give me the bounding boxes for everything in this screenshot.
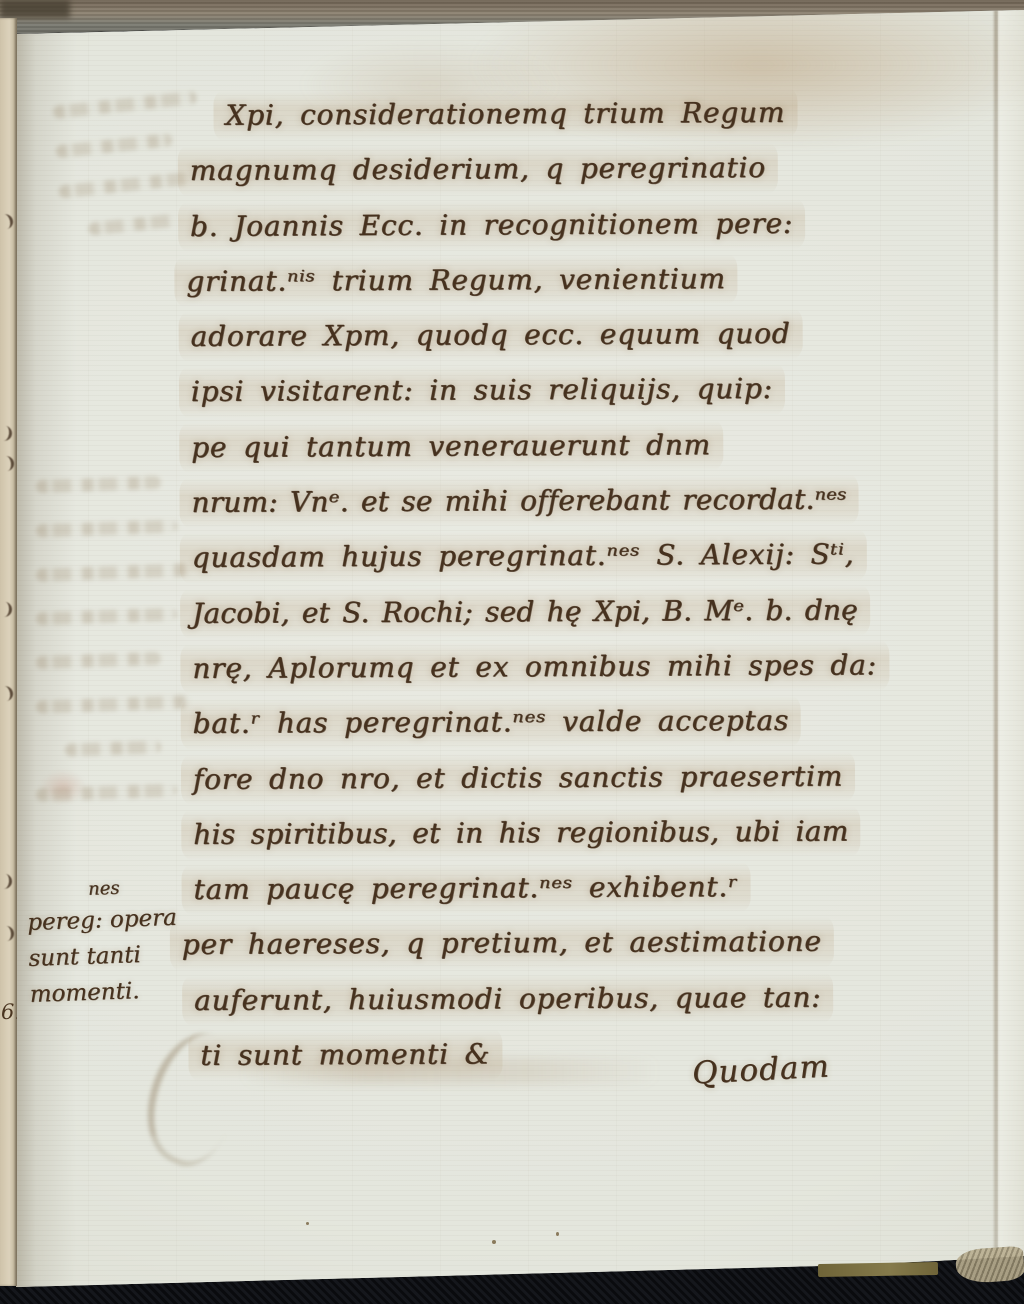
paper-speck [556, 1232, 559, 1236]
text-line: quasdam hujus peregrinat.ⁿᵉˢ S. Alexij: … [180, 527, 867, 586]
paper-speck [306, 1222, 309, 1225]
edge-ink-fragment [0, 602, 13, 618]
manuscript-photo: Xpi, considerationemq trium Regum magnum… [0, 0, 1024, 1304]
margin-note-line: momenti. [29, 971, 200, 1013]
show-through-block-middle [36, 478, 196, 830]
text-line: fore dno nro, et dictis sanctis praesert… [181, 748, 855, 807]
text-line: tam paucę peregrinat.ⁿᵉˢ exhibent.ʳ [181, 859, 750, 917]
margin-note-superscript: nes [88, 873, 197, 903]
catchword: Quodam [691, 1048, 830, 1091]
text-line: bat.ʳ has peregrinat.ⁿᵉˢ valde acceptas [181, 693, 802, 752]
main-text-block: Xpi, considerationemq trium Regum magnum… [189, 84, 984, 1083]
show-through-line [88, 213, 179, 235]
text-line: auferunt, huiusmodi operibus, quae tan: [182, 969, 834, 1028]
show-through-line [36, 784, 177, 802]
show-through-line [36, 476, 161, 493]
show-through-line [36, 563, 190, 581]
show-through-line [36, 652, 161, 669]
page-fold-edge [998, 10, 1024, 1258]
text-line: Jacobi, et S. Rochi; sed hę Xpi, B. Mᵉ. … [180, 582, 870, 641]
edge-number-fragment: 6. [1, 1000, 17, 1024]
margin-note-line: pereg: opera [27, 899, 198, 941]
binding-shadow [0, 0, 70, 18]
text-line: nrum: Vnᵉ. et se mihi offerebant recorda… [179, 472, 859, 531]
frayed-binding-threads [955, 1246, 1024, 1285]
text-line: his spiritibus, et in his regionibus, ub… [181, 803, 861, 862]
cover-corner-sliver [818, 1262, 938, 1277]
show-through-line [36, 520, 177, 538]
paper-speck [492, 1240, 496, 1244]
text-line: adorare Xpm, quodq ecc. equum quod [179, 306, 803, 365]
show-through-line [55, 133, 173, 158]
manuscript-page: Xpi, considerationemq trium Regum magnum… [0, 0, 1024, 1304]
text-line: ipsi visitarent: in suis reliquijs, quip… [179, 361, 785, 419]
previous-leaf-fore-edge: 6. [0, 18, 17, 1286]
edge-ink-fragment [1, 926, 14, 942]
show-through-line [58, 172, 191, 199]
text-line: per haereses, q pretium, et aestimatione [170, 914, 834, 973]
show-through-line [36, 608, 177, 626]
text-line: pe qui tantum venerauerunt dnm [179, 417, 723, 475]
text-line: magnumq desiderium, q peregrinatio [178, 140, 778, 198]
text-line: ti sunt momenti & [188, 1026, 502, 1083]
edge-ink-fragment [0, 873, 13, 889]
text-line: b. Joannis Ecc. in recognitionem pere: [178, 195, 805, 254]
edge-ink-fragment [1, 455, 15, 471]
text-line: grinat.ⁿⁱˢ trium Regum, venientium [174, 251, 738, 309]
margin-note-line: sunt tanti [28, 935, 199, 977]
edge-ink-fragment [0, 685, 14, 702]
margin-note: nes pereg: opera sunt tanti momenti. [26, 873, 201, 1013]
edge-ink-fragment [0, 213, 14, 230]
text-line: nrę, Aplorumq et ex omnibus mihi spes da… [180, 637, 889, 696]
edge-ink-fragment [0, 425, 13, 442]
text-line: Xpi, considerationemq trium Regum [213, 85, 797, 143]
show-through-line [36, 695, 190, 713]
show-through-line [65, 740, 161, 756]
